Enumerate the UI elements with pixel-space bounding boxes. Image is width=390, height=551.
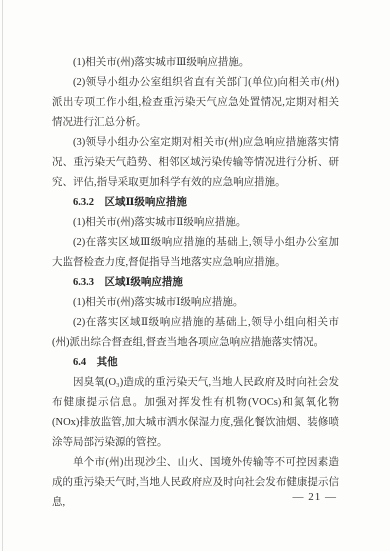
heading-6-3-2: 6.3.2 区域Ⅱ级响应措施	[52, 193, 339, 213]
paragraph: (1)相关市(州)落实城市Ⅱ级响应措施。	[52, 213, 339, 233]
paragraph: (2)在落实区域Ⅱ级响应措施的基础上,领导小组向相关市(州)派出综合督查组,督查…	[52, 313, 339, 353]
paragraph: (1)相关市(州)落实城市Ⅲ级响应措施。	[52, 53, 339, 73]
scan-edge-line	[2, 0, 3, 551]
paragraph: 单个市(州)出现沙尘、山火、国境外传输等不可控因素造成的重污染天气时,当地人民政…	[52, 453, 339, 513]
heading-6-4: 6.4 其他	[52, 353, 339, 373]
document-page: { "doc": { "blocks": [ { "type": "p", "t…	[0, 0, 390, 551]
paragraph: 因臭氧(O₃)造成的重污染天气,当地人民政府及时向社会发布健康提示信息。加强对挥…	[52, 373, 339, 453]
paragraph: (2)领导小组办公室组织省直有关部门(单位)向相关市(州)派出专项工作小组,检查…	[52, 73, 339, 133]
paragraph: (1)相关市(州)落实城市Ⅰ级响应措施。	[52, 293, 339, 313]
paragraph: (2)在落实区域Ⅲ级响应措施的基础上,领导小组办公室加大监督检查力度,督促指导当…	[52, 233, 339, 273]
page-number: — 21 —	[52, 491, 339, 503]
heading-6-3-3: 6.3.3 区域Ⅰ级响应措施	[52, 273, 339, 293]
document-text-block: (1)相关市(州)落实城市Ⅲ级响应措施。 (2)领导小组办公室组织省直有关部门(…	[52, 53, 339, 513]
paragraph: (3)领导小组办公室定期对相关市(州)应急响应措施落实情况、重污染天气趋势、相邻…	[52, 133, 339, 193]
